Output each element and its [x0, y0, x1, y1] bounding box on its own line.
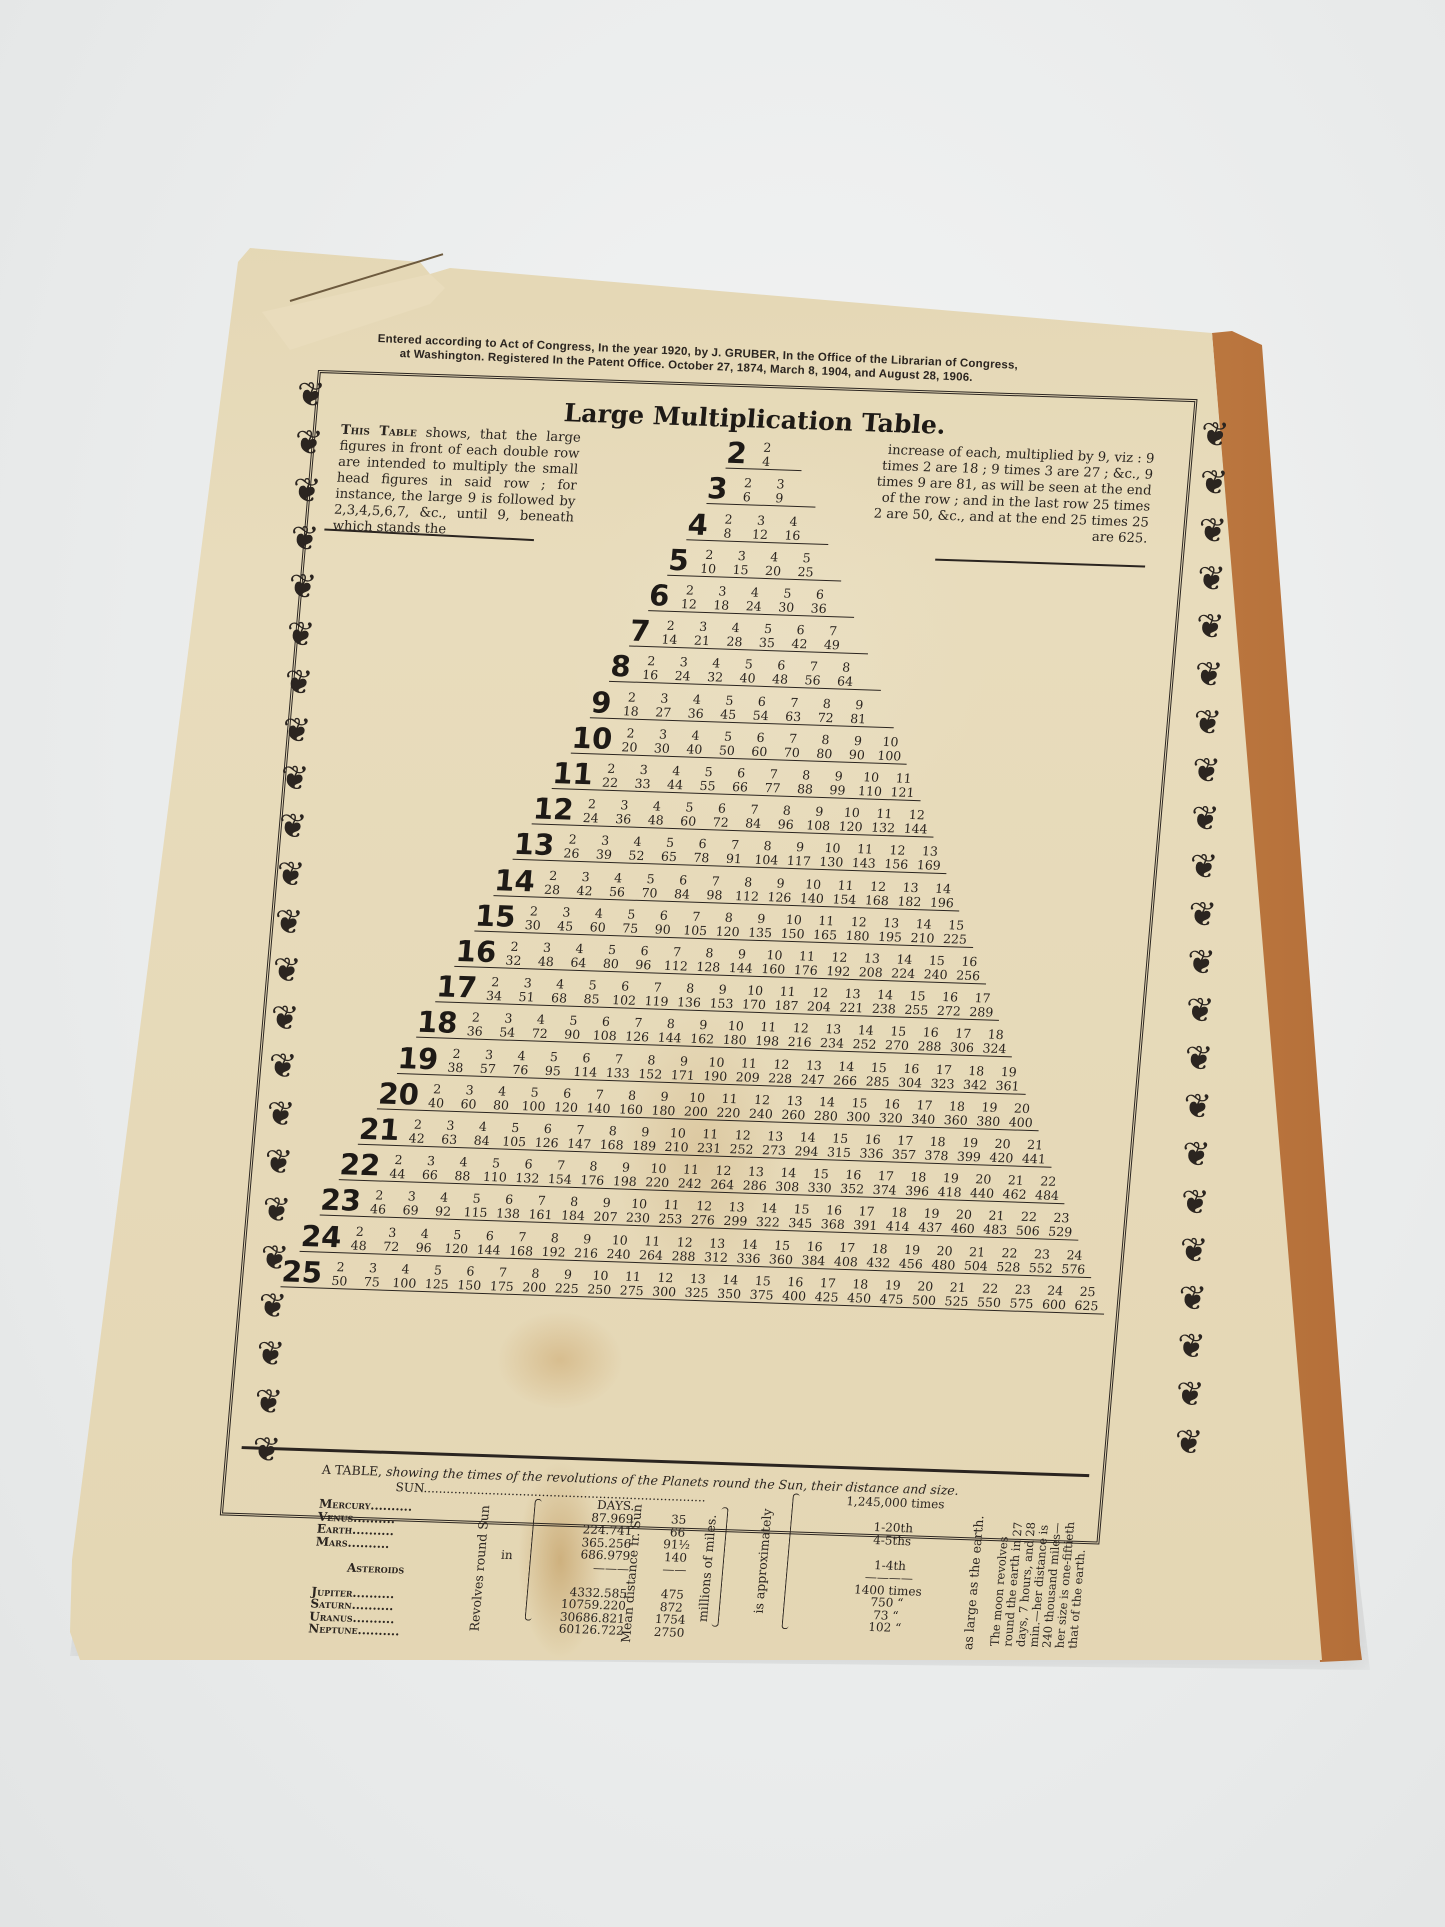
table-cell: 18396	[900, 1170, 935, 1199]
row-multiplier: 6	[648, 580, 673, 611]
table-cell: 375	[355, 1261, 390, 1290]
intro-left-text: shows, that the large figures in front o…	[332, 426, 581, 538]
table-cell: 21462	[998, 1173, 1033, 1202]
table-cell: 18432	[862, 1241, 897, 1270]
table-cell: 216	[633, 654, 668, 683]
row-multiplier: 7	[629, 616, 654, 647]
table-cell: 10180	[718, 1019, 753, 1048]
table-cell: 14266	[828, 1059, 863, 1088]
row-multiplier: 25	[281, 1256, 324, 1287]
ornament-icon: ❦	[1195, 411, 1236, 458]
table-cell: 468	[542, 977, 577, 1006]
table-cell: 23575	[1005, 1282, 1040, 1311]
ornament-icon: ❦	[1181, 939, 1222, 986]
table-cell: 10240	[602, 1233, 637, 1262]
planet-names: Mercury..........Venus..........Earth...…	[308, 1498, 413, 1638]
table-cell: 9180	[647, 1089, 682, 1118]
table-cell: 10170	[737, 983, 772, 1012]
table-cell: 230	[516, 904, 551, 933]
table-cell: 545	[711, 693, 746, 722]
table-cell: 440	[678, 728, 713, 757]
table-cell: 10210	[660, 1126, 695, 1155]
table-cell: 14308	[770, 1166, 805, 1195]
table-cell: 15255	[900, 989, 935, 1018]
table-cell: 248	[342, 1224, 377, 1253]
table-cell: 7154	[543, 1158, 578, 1187]
table-cell: 218	[614, 690, 649, 719]
table-cell: 432	[698, 656, 733, 685]
asteroids-label: Asteroids	[313, 1560, 407, 1576]
table-cell: 12168	[860, 879, 895, 908]
planet-distance: 2750	[653, 1625, 685, 1638]
row-multiplier: 5	[667, 545, 692, 576]
table-cell: 8104	[749, 839, 784, 868]
row-multiplier: 17	[435, 971, 478, 1002]
table-cell: 18360	[939, 1099, 974, 1128]
row-multiplier: 20	[377, 1078, 420, 1109]
table-cell: 20480	[927, 1243, 962, 1272]
table-cell: 242	[400, 1117, 435, 1146]
table-cell: 14238	[867, 988, 902, 1017]
table-cell: 16288	[913, 1026, 948, 1055]
table-cell: 11132	[866, 807, 901, 836]
table-cell: 17425	[810, 1276, 845, 1305]
table-cell: 10250	[582, 1268, 617, 1297]
table-cell: 11242	[673, 1162, 708, 1191]
table-cell: 540	[731, 657, 766, 686]
table-cell: 366	[413, 1154, 448, 1183]
table-cell: 210	[691, 547, 726, 576]
table-cell: 17357	[887, 1133, 922, 1162]
table-cell: 327	[646, 691, 681, 720]
ornament-icon: ❦	[1192, 507, 1233, 554]
table-cell: 16336	[855, 1132, 890, 1161]
table-cell: 460	[581, 906, 616, 935]
table-cell: 19361	[991, 1064, 1026, 1093]
table-cell: 9108	[801, 805, 836, 834]
table-cell: 9153	[705, 982, 740, 1011]
table-cell: 660	[743, 730, 778, 759]
table-cell: 12216	[783, 1021, 818, 1050]
table-cell: 16320	[874, 1097, 909, 1126]
table-cell: 16256	[951, 954, 986, 983]
table-cell: 6108	[588, 1015, 623, 1044]
table-cell: 484	[465, 1119, 500, 1148]
ornament-icon: ❦	[1180, 987, 1221, 1034]
table-cell: 363	[432, 1118, 467, 1147]
table-cell: 13273	[757, 1129, 792, 1158]
table-cell: 14350	[712, 1272, 747, 1301]
table-cell: 749	[815, 624, 850, 653]
table-cell: 9225	[550, 1267, 585, 1296]
table-cell: 756	[796, 659, 831, 688]
table-cell: 20420	[985, 1137, 1020, 1166]
table-cell: 9207	[589, 1196, 624, 1225]
table-cell: 464	[562, 941, 597, 970]
table-cell: 6120	[549, 1086, 584, 1115]
table-cell: 420	[756, 549, 791, 578]
table-cell: 15375	[745, 1274, 780, 1303]
table-cell: 981	[841, 697, 876, 726]
row-multiplier: 4	[687, 509, 712, 540]
row-multiplier: 23	[319, 1185, 362, 1216]
table-cell: 636	[802, 587, 837, 616]
row-multiplier: 15	[474, 900, 517, 931]
table-cell: 324	[666, 655, 701, 684]
table-cell: 565	[652, 836, 687, 865]
table-cell: 13312	[699, 1236, 734, 1265]
table-cell: 8192	[537, 1230, 572, 1259]
table-cell: 250	[323, 1260, 358, 1289]
table-cell: 12276	[686, 1199, 721, 1228]
table-cell: 23529	[1043, 1211, 1078, 1240]
planet-name: Mars..........	[315, 1535, 409, 1551]
intro-lead: This Table	[340, 423, 417, 440]
table-cell: 684	[665, 872, 700, 901]
table-cell: 9198	[608, 1160, 643, 1189]
table-cell: 9144	[724, 947, 759, 976]
table-cell: 24	[749, 441, 784, 470]
days-brace	[525, 1499, 542, 1621]
table-cell: 5110	[478, 1156, 513, 1185]
table-cell: 13260	[777, 1093, 812, 1122]
table-cell: 770	[775, 731, 810, 760]
table-cell: 11198	[750, 1020, 785, 1049]
table-cell: 496	[407, 1226, 442, 1255]
row-multiplier: 12	[532, 794, 575, 825]
table-cell: 24576	[1056, 1248, 1091, 1277]
table-cell: 330	[645, 727, 680, 756]
table-cell: 784	[736, 802, 771, 831]
table-cell: 9216	[569, 1231, 604, 1260]
planet-distance: 35	[663, 1513, 695, 1526]
table-cell: 8152	[633, 1052, 668, 1081]
table-cell: 15315	[822, 1131, 857, 1160]
table-cell: 15270	[880, 1024, 915, 1053]
table-cell: 12180	[841, 914, 876, 943]
table-cell: 424	[737, 585, 772, 614]
table-cell: 880	[807, 732, 842, 761]
table-cell: 232	[497, 939, 532, 968]
distance-column: 356691½140—— 47587217542750	[653, 1513, 694, 1639]
table-cell: 236	[458, 1010, 493, 1039]
intro-left-paragraph: This Table shows, that the large figures…	[332, 423, 581, 543]
table-cell: 10120	[834, 806, 869, 835]
table-cell: 15360	[764, 1238, 799, 1267]
table-cell: 7112	[659, 945, 694, 974]
table-cell: 244	[381, 1153, 416, 1182]
ornament-icon: ❦	[1168, 1419, 1209, 1466]
table-cell: 16368	[816, 1203, 851, 1232]
table-cell: 12252	[725, 1128, 760, 1157]
table-cell: 214	[653, 618, 688, 647]
table-cell: 416	[776, 514, 811, 543]
table-cell: 642	[783, 623, 818, 652]
table-cell: 7126	[620, 1016, 655, 1045]
table-cell: 11264	[634, 1234, 669, 1263]
ornament-icon: ❦	[1190, 603, 1231, 650]
table-cell: 11176	[789, 949, 824, 978]
ornament-icon: ❦	[1194, 459, 1235, 506]
table-cell: 345	[548, 905, 583, 934]
table-cell: 8160	[614, 1088, 649, 1117]
table-cell: 369	[394, 1189, 429, 1218]
table-cell: 10110	[853, 770, 888, 799]
table-cell: 8120	[711, 910, 746, 939]
table-cell: 16352	[835, 1168, 870, 1197]
row-multiplier: 19	[397, 1043, 440, 1074]
table-cell: 696	[627, 944, 662, 973]
table-cell: 13234	[815, 1022, 850, 1051]
table-cell: 4100	[388, 1262, 423, 1291]
table-cell: 6132	[510, 1157, 545, 1186]
table-cell: 12204	[802, 986, 837, 1015]
table-cell: 12144	[899, 808, 934, 837]
row-multiplier: 8	[609, 651, 634, 682]
table-cell: 20500	[907, 1279, 942, 1308]
table-cell: 11231	[692, 1127, 727, 1156]
table-cell: 9117	[782, 840, 817, 869]
table-cell: 19475	[875, 1278, 910, 1307]
table-cell: 19380	[971, 1100, 1006, 1129]
table-cell: 535	[750, 622, 785, 651]
ornament-icon: ❦	[1191, 555, 1232, 602]
row-multiplier: 18	[416, 1007, 459, 1038]
table-cell: 550	[710, 729, 745, 758]
table-cell: 654	[744, 694, 779, 723]
multiplication-row: 428312416	[687, 503, 832, 545]
ornament-icon: ❦	[1173, 1227, 1214, 1274]
table-cell: 28	[711, 512, 746, 541]
table-cell: 342	[568, 869, 603, 898]
table-cell: 19456	[894, 1242, 929, 1271]
table-cell: 339	[587, 834, 622, 863]
table-cell: 12300	[647, 1270, 682, 1299]
table-cell: 791	[717, 838, 752, 867]
table-cell: 15330	[803, 1167, 838, 1196]
table-cell: 12192	[821, 950, 856, 979]
table-cell: 5100	[517, 1085, 552, 1114]
ornament-icon: ❦	[1189, 651, 1230, 698]
table-cell: 648	[763, 658, 798, 687]
table-cell: 11275	[615, 1269, 650, 1298]
table-cell: 12288	[667, 1235, 702, 1264]
table-cell: 530	[769, 586, 804, 615]
table-cell: 6114	[568, 1050, 603, 1079]
table-cell: 428	[718, 621, 753, 650]
table-cell: 17374	[868, 1169, 903, 1198]
table-cell: 5115	[459, 1192, 494, 1221]
table-cell: 318	[704, 584, 739, 613]
table-cell: 590	[555, 1014, 590, 1043]
ornament-icon: ❦	[1186, 747, 1227, 794]
table-cell: 990	[840, 733, 875, 762]
table-cell: 336	[606, 798, 641, 827]
table-cell: 777	[756, 767, 791, 796]
table-cell: 8176	[575, 1159, 610, 1188]
table-cell: 16384	[797, 1239, 832, 1268]
table-cell: 14280	[809, 1095, 844, 1124]
table-cell: 6126	[530, 1121, 565, 1150]
table-cell: 17323	[926, 1062, 961, 1091]
table-cell: 220	[613, 726, 648, 755]
table-cell: 10200	[679, 1090, 714, 1119]
ornament-icon: ❦	[1183, 843, 1224, 890]
table-cell: 21483	[978, 1209, 1013, 1238]
table-cell: 25625	[1070, 1284, 1105, 1313]
table-cell: 10230	[621, 1197, 656, 1226]
table-cell: 17408	[829, 1240, 864, 1269]
table-cell: 9162	[685, 1018, 720, 1047]
size-brace	[781, 1493, 800, 1629]
table-cell: 357	[471, 1047, 506, 1076]
table-cell: 10220	[640, 1161, 675, 1190]
table-cell: 492	[426, 1190, 461, 1219]
table-cell: 456	[600, 870, 635, 899]
table-cell: 13221	[835, 987, 870, 1016]
table-cell: 10150	[776, 912, 811, 941]
intro-right-rule	[935, 559, 1145, 568]
table-cell: 212	[672, 583, 707, 612]
table-cell: 19437	[913, 1207, 948, 1236]
row-multiplier: 24	[300, 1221, 343, 1252]
table-cell: 7161	[524, 1194, 559, 1223]
table-cell: 22550	[972, 1281, 1007, 1310]
table-cell: 222	[593, 761, 628, 790]
table-cell: 8136	[672, 981, 707, 1010]
table-cell: 21525	[940, 1280, 975, 1309]
table-cell: 13325	[680, 1271, 715, 1300]
table-cell: 448	[639, 799, 674, 828]
intro-right-paragraph: increase of each, multiplied by 9, viz :…	[867, 443, 1155, 548]
table-cell: 864	[828, 661, 863, 690]
ornament-icon: ❦	[1171, 1323, 1212, 1370]
row-multiplier: 9	[590, 687, 615, 718]
table-cell: 321	[685, 620, 720, 649]
table-cell: 11220	[712, 1091, 747, 1120]
moon-note: The moon revolves round the earth in 27 …	[988, 1506, 1091, 1649]
table-cell: 678	[685, 837, 720, 866]
ornament-icon: ❦	[1187, 699, 1228, 746]
table-cell: 9171	[666, 1054, 701, 1083]
table-cell: 585	[575, 978, 610, 1007]
table-cell: 570	[633, 871, 668, 900]
large-label: as large as the earth.	[960, 1515, 987, 1650]
table-cell: 9135	[743, 911, 778, 940]
table-cell: 240	[419, 1082, 454, 1111]
table-cell: 22506	[1011, 1210, 1046, 1239]
table-cell: 312	[743, 513, 778, 542]
table-cell: 672	[704, 801, 739, 830]
table-cell: 7133	[601, 1051, 636, 1080]
table-cell: 16304	[893, 1061, 928, 1090]
table-cell: 13299	[719, 1200, 754, 1229]
table-cell: 11165	[808, 913, 843, 942]
table-cell: 11209	[731, 1056, 766, 1085]
table-cell: 14252	[848, 1023, 883, 1052]
table-cell: 39	[762, 477, 797, 506]
table-cell: 15300	[841, 1096, 876, 1125]
planet-days: 60126.722	[558, 1623, 624, 1638]
table-cell: 480	[484, 1084, 519, 1113]
table-cell: 18414	[881, 1206, 916, 1235]
table-cell: 18324	[978, 1028, 1013, 1057]
table-cell: 560	[671, 800, 706, 829]
table-cell: 224	[574, 797, 609, 826]
table-cell: 10190	[698, 1055, 733, 1084]
table-cell: 872	[809, 696, 844, 725]
table-cell: 11253	[654, 1198, 689, 1227]
table-cell: 10140	[795, 877, 830, 906]
table-cell: 5125	[420, 1263, 455, 1292]
row-multiplier: 11	[551, 758, 594, 789]
in-label: in	[500, 1548, 513, 1562]
table-cell: 896	[769, 803, 804, 832]
table-cell: 575	[613, 907, 648, 936]
row-multiplier: 16	[455, 936, 498, 967]
table-cell: 11154	[828, 878, 863, 907]
table-cell: 14196	[925, 881, 960, 910]
table-cell: 6150	[452, 1264, 487, 1293]
table-cell: 15285	[861, 1060, 896, 1089]
table-cell: 7140	[582, 1087, 617, 1116]
table-cell: 14294	[790, 1130, 825, 1159]
distance-rule: ——	[659, 1563, 691, 1576]
document-frame: Large Multiplication Table. This Table s…	[220, 370, 1198, 1545]
table-cell: 354	[490, 1012, 525, 1041]
table-cell: 690	[646, 908, 681, 937]
table-cell: 7175	[485, 1265, 520, 1294]
table-cell: 8184	[556, 1195, 591, 1224]
table-cell: 13208	[854, 951, 889, 980]
ornament-icon: ❦	[1170, 1371, 1211, 1418]
ornament-icon: ❦	[1185, 795, 1226, 842]
table-cell: 15240	[919, 953, 954, 982]
row-multiplier: 10	[571, 722, 614, 753]
table-cell: 238	[439, 1046, 474, 1075]
table-cell: 19418	[933, 1171, 968, 1200]
multiplication-row: 224	[725, 432, 805, 472]
table-cell: 11143	[847, 842, 882, 871]
table-cell: 18342	[958, 1063, 993, 1092]
table-cell: 555	[691, 765, 726, 794]
ornament-icon: ❦	[1178, 1035, 1219, 1082]
table-cell: 234	[477, 975, 512, 1004]
table-cell: 14224	[886, 952, 921, 981]
table-cell: 6144	[472, 1228, 507, 1257]
table-cell: 348	[529, 940, 564, 969]
planets-table: A TABLE, showing the times of the revolu…	[290, 1463, 1076, 1638]
table-cell: 19399	[952, 1136, 987, 1165]
table-cell: 226	[555, 833, 590, 862]
table-cell: 9189	[627, 1125, 662, 1154]
table-cell: 13169	[912, 844, 947, 873]
table-cell: 5105	[497, 1120, 532, 1149]
ornament-icon: ❦	[1177, 1083, 1218, 1130]
table-cell: 20400	[1004, 1101, 1039, 1130]
row-multiplier: 2	[725, 438, 750, 469]
table-cell: 7168	[504, 1229, 539, 1258]
size-column: 1,245,000 times 1-20th4-5ths 1-4th————14…	[819, 1495, 961, 1636]
row-multiplier: 22	[339, 1149, 382, 1180]
table-cell: 11121	[886, 771, 921, 800]
table-cell: 360	[452, 1083, 487, 1112]
table-cell: 436	[679, 692, 714, 721]
table-cell: 315	[724, 548, 759, 577]
table-cell: 23552	[1024, 1247, 1059, 1276]
table-cell: 15345	[783, 1202, 818, 1231]
table-cell: 22484	[1030, 1174, 1065, 1203]
